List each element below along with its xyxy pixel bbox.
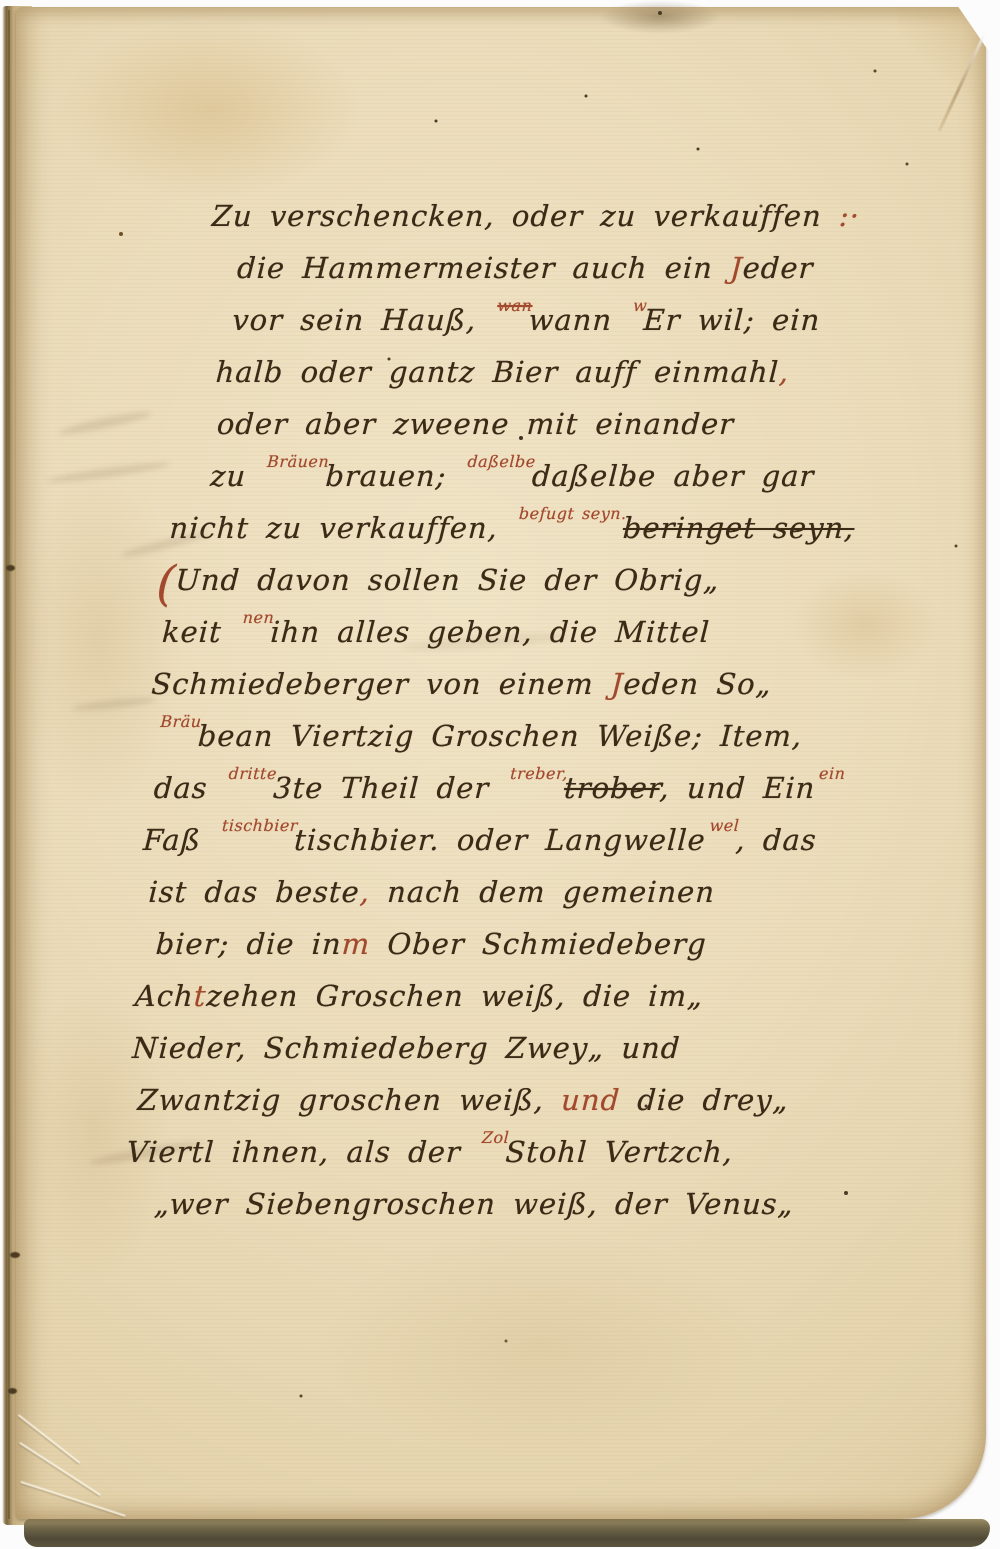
binding-stitch	[6, 565, 15, 571]
manuscript-line: Viertl ihnen, als der ZolStohl Vertzch,	[125, 1126, 948, 1178]
manuscript-line: Zwantzig groschen weiß, und die drey„	[136, 1074, 951, 1126]
manuscript-line: nicht zu verkauffen, befugt seyn.beringe…	[168, 502, 981, 554]
red-ink-annotation: (	[155, 556, 177, 612]
ink-text: die Hammermeister auch ein	[236, 251, 731, 285]
ink-text: zehen Groschen weiß, die im„	[206, 979, 704, 1013]
ink-text: eder	[742, 251, 815, 285]
manuscript-line: „wer Siebengroschen weiß, der Venus„	[153, 1178, 946, 1230]
ink-text: Schmiedeberger von einem	[150, 667, 611, 701]
red-ink-annotation: Bräuen	[266, 436, 331, 488]
manuscript-line: bier; die inm Ober Schmiedeberg	[154, 918, 959, 970]
manuscript-line: Schmiedeberger von einem Jeden So„	[150, 658, 973, 710]
book-block-bottom-edge	[24, 1519, 990, 1547]
ink-text: ihn alles geben, die Mittel	[270, 615, 711, 649]
manuscript-line: keit nenihn alles geben, die Mittel	[161, 606, 976, 658]
manuscript-line: halb oder gantz Bier auff einmahl,	[214, 346, 989, 398]
red-ink-annotation: w	[632, 280, 649, 332]
ink-text: keit	[161, 615, 240, 649]
red-ink-annotation: m	[341, 927, 371, 961]
manuscript-photo: Zu verschencken, oder zu verkauffen :·di…	[0, 0, 1000, 1549]
ink-text: nicht zu verkauffen,	[169, 511, 516, 545]
manuscript-line: ist das beste, nach dem gemeinen	[147, 866, 962, 918]
ink-text: Nieder, Schmiedeberg Zwey„ und	[131, 1031, 681, 1065]
ink-text: „wer Siebengroschen weiß, der Venus„	[153, 1187, 794, 1221]
manuscript-line: oder aber zweene mit einander	[216, 398, 987, 450]
red-ink-annotation: treber,	[509, 748, 569, 800]
ink-text: Viertl ihnen, als der	[126, 1135, 479, 1169]
manuscript-line: Zu verschencken, oder zu verkauffen :·	[211, 190, 998, 242]
ink-text: wann	[528, 303, 630, 337]
ink-text: brauen;	[325, 459, 465, 493]
ink-text: bean Viertzig Groschen Weiße; Item,	[197, 719, 803, 753]
spine-fold-crease	[8, 10, 10, 1519]
red-ink-annotation: befugt seyn.	[518, 488, 629, 540]
ink-text: die drey„	[619, 1083, 789, 1117]
binding-stitch	[8, 1388, 17, 1394]
ink-specks	[0, 0, 2, 2]
ink-text: vor sein Hauß,	[232, 303, 495, 337]
ink-text: Er wil; ein	[643, 303, 822, 337]
manuscript-line: (Und davon sollen Sie der Obrig„	[155, 554, 978, 606]
red-ink-annotation: wel	[708, 800, 741, 852]
red-ink-annotation: dritte	[227, 748, 278, 800]
red-ink-annotation: Bräu	[159, 696, 203, 748]
ink-text: Stohl Vertzch,	[505, 1135, 734, 1169]
ink-text: beringet seyn,	[622, 511, 855, 545]
red-ink-annotation: ,	[778, 355, 790, 389]
manuscript-text: Zu verschencken, oder zu verkauffen :·di…	[123, 190, 998, 1230]
ink-text: , das	[735, 823, 818, 857]
manuscript-line: vor sein Hauß, wanwann wEr wil; ein	[231, 294, 992, 346]
ink-text: Ach	[134, 979, 195, 1013]
manuscript-line: Faß tischbiertischbier. oder Langwellewe…	[142, 814, 965, 866]
red-ink-annotation: daßelbe	[466, 436, 537, 488]
ink-text: halb oder gantz Bier auff einmahl	[215, 355, 780, 389]
binding-stitch	[10, 1252, 20, 1258]
red-ink-annotation: tischbier	[221, 800, 300, 852]
red-ink-annotation: und	[560, 1083, 621, 1117]
red-ink-annotation: nen	[241, 592, 275, 644]
ink-text: trober	[563, 771, 660, 805]
ink-text: Faß	[142, 823, 219, 857]
ink-text: das	[153, 771, 226, 805]
ink-text: bier; die in	[155, 927, 343, 961]
red-ink-annotation: Zol	[480, 1112, 510, 1164]
red-ink-annotation: :·	[821, 199, 861, 233]
red-ink-annotation: ein	[818, 748, 847, 800]
ink-text: eden So„	[623, 667, 773, 701]
ink-text: ist das beste	[148, 875, 361, 909]
ink-text: Ober Schmiedeberg	[369, 927, 707, 961]
ink-text: Zu verschencken, oder zu verkauffen	[211, 199, 823, 233]
ink-text: nach dem gemeinen	[369, 875, 716, 909]
manuscript-line: Achtzehen Groschen weiß, die im„	[134, 970, 957, 1022]
ink-text: 3te Theil der	[272, 771, 507, 805]
ink-text: zu	[209, 459, 264, 493]
manuscript-line: die Hammermeister auch ein Jeder	[236, 242, 995, 294]
red-ink-annotation: wan	[496, 280, 534, 332]
ink-text: tischbier. oder Langwelle	[293, 823, 706, 857]
manuscript-line: Nieder, Schmiedeberg Zwey„ und	[131, 1022, 954, 1074]
